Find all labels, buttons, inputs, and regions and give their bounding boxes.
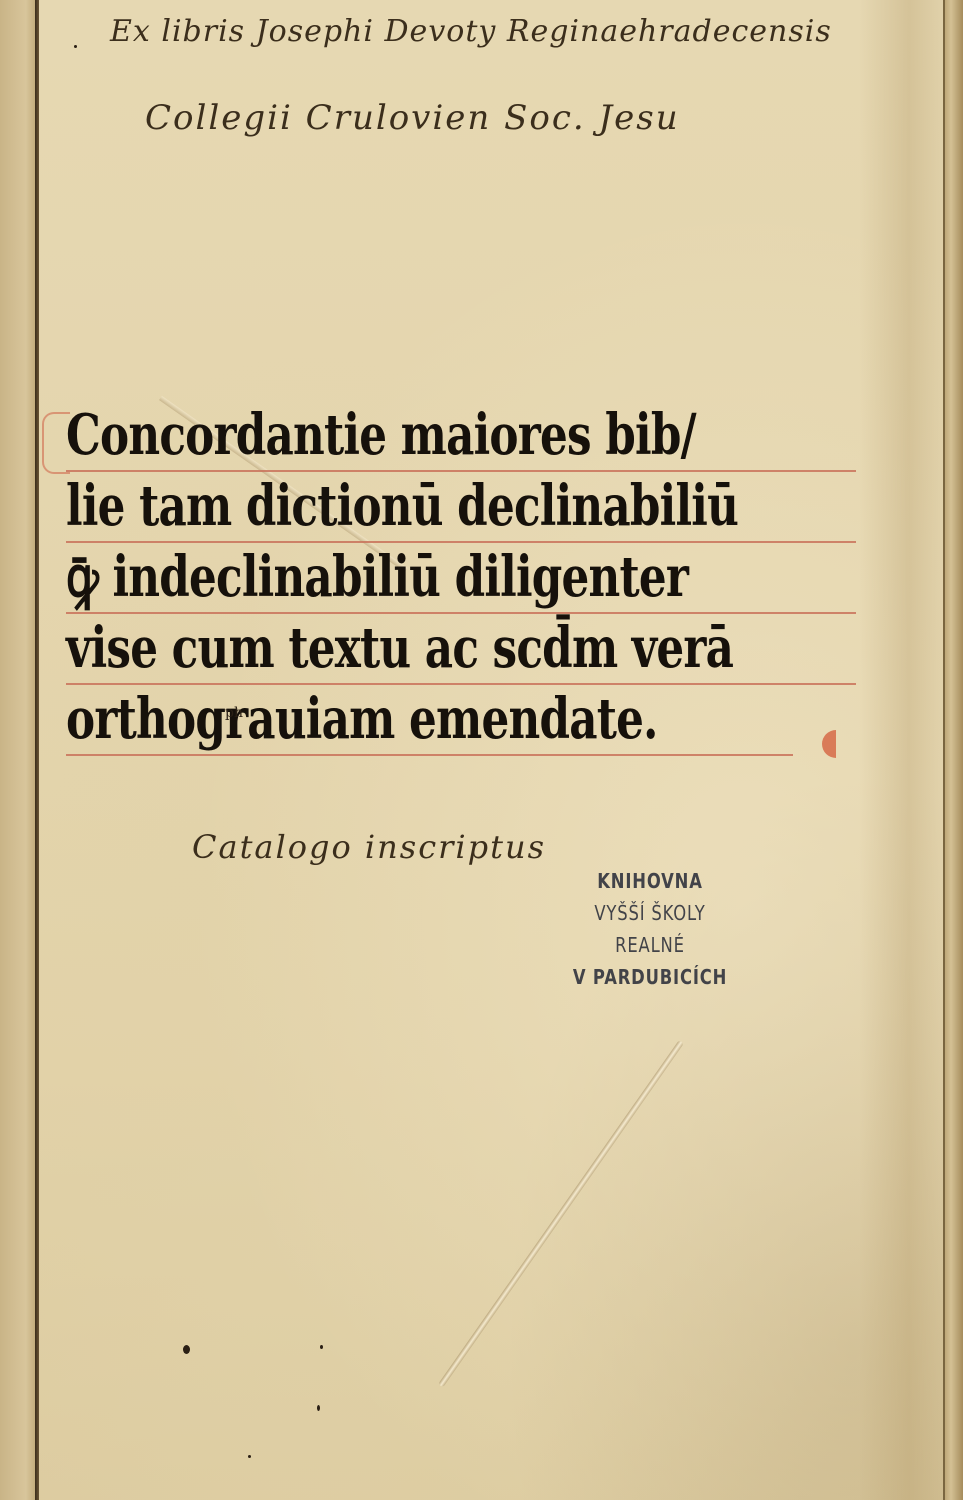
title-line-2: lie tam dictionū declinabiliū [66, 476, 682, 541]
ink-spot [183, 1345, 190, 1354]
ink-spot [317, 1405, 320, 1411]
stamp-line-1: KNIHOVNA [568, 865, 732, 897]
stamp-line-2: VYŠŠÍ ŠKOLY REALNÉ [568, 897, 732, 961]
library-stamp: KNIHOVNA VYŠŠÍ ŠKOLY REALNÉ V PARDUBICÍC… [568, 865, 732, 993]
red-rule [66, 541, 856, 543]
title-line-3: ꝙ̄ indeclinabiliū diligenter [66, 547, 682, 612]
red-rule [66, 754, 793, 756]
title-line-5: orthograuiam emendate. [66, 689, 682, 754]
catalogo-inscription: Catalogo inscriptus [192, 828, 546, 866]
page-edge-right [943, 0, 963, 1500]
facing-page-edge [0, 0, 37, 1500]
ink-spot [248, 1455, 251, 1458]
printed-title: Concordantie maiores bib/ lie tam dictio… [66, 405, 856, 760]
red-rule [66, 612, 856, 614]
ex-libris-inscription: Ex libris Josephi Devoty Reginaehradecen… [110, 14, 832, 49]
stamp-line-3: V PARDUBICÍCH [568, 961, 732, 993]
page-edge-line [943, 0, 945, 1500]
title-line-1: Concordantie maiores bib/ [66, 405, 682, 470]
red-rule [66, 683, 856, 685]
ink-spot [320, 1345, 323, 1349]
ink-spot [74, 45, 77, 48]
title-line-4: vise cum textu ac scd̄m verā [66, 618, 682, 683]
college-inscription: Collegii Crulovien Soc. Jesu [145, 98, 680, 138]
red-rule [66, 470, 856, 472]
paper-crease [438, 1040, 684, 1387]
interlinear-correction: ph [225, 705, 243, 721]
